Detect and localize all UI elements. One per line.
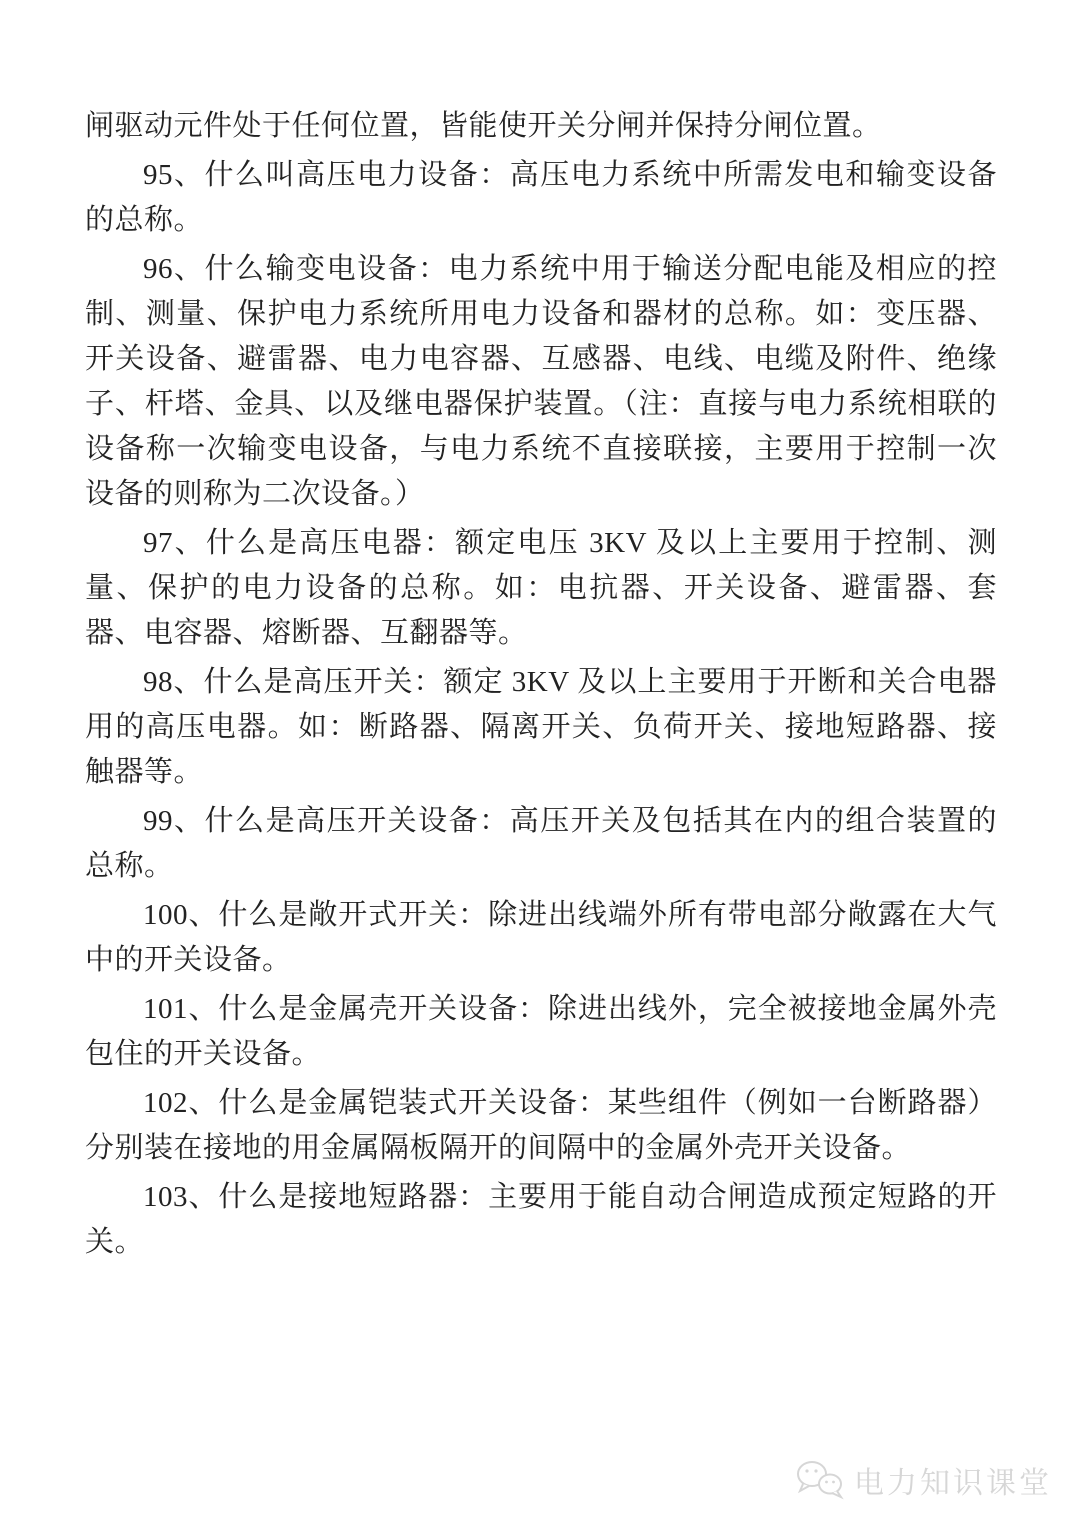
paragraph: 96、什么输变电设备：电力系统中用于输送分配电能及相应的控制、测量、保护电力系统…	[85, 247, 997, 517]
document-body: 闸驱动元件处于任何位置，皆能使开关分闸并保持分闸位置。95、什么叫高压电力设备：…	[85, 104, 997, 1269]
paragraph: 102、什么是金属铠装式开关设备：某些组件（例如一台断路器）分别装在接地的用金属…	[85, 1081, 997, 1171]
wechat-icon	[794, 1458, 846, 1502]
paragraph: 95、什么叫高压电力设备：高压电力系统中所需发电和输变设备的总称。	[85, 153, 997, 243]
paragraph: 99、什么是高压开关设备：高压开关及包括其在内的组合装置的总称。	[85, 799, 997, 889]
paragraph: 103、什么是接地短路器：主要用于能自动合闸造成预定短路的开关。	[85, 1175, 997, 1265]
watermark: 电力知识课堂	[794, 1458, 1052, 1502]
paragraph: 98、什么是高压开关：额定 3KV 及以上主要用于开断和关合电器用的高压电器。如…	[85, 660, 997, 795]
paragraph: 闸驱动元件处于任何位置，皆能使开关分闸并保持分闸位置。	[85, 104, 997, 149]
paragraph: 101、什么是金属壳开关设备：除进出线外，完全被接地金属外壳包住的开关设备。	[85, 987, 997, 1077]
paragraph: 97、什么是高压电器：额定电压 3KV 及以上主要用于控制、测量、保护的电力设备…	[85, 521, 997, 656]
document-page: 闸驱动元件处于任何位置，皆能使开关分闸并保持分闸位置。95、什么叫高压电力设备：…	[0, 0, 1080, 1528]
paragraph: 100、什么是敞开式开关：除进出线端外所有带电部分敞露在大气中的开关设备。	[85, 893, 997, 983]
watermark-label: 电力知识课堂	[854, 1458, 1052, 1502]
